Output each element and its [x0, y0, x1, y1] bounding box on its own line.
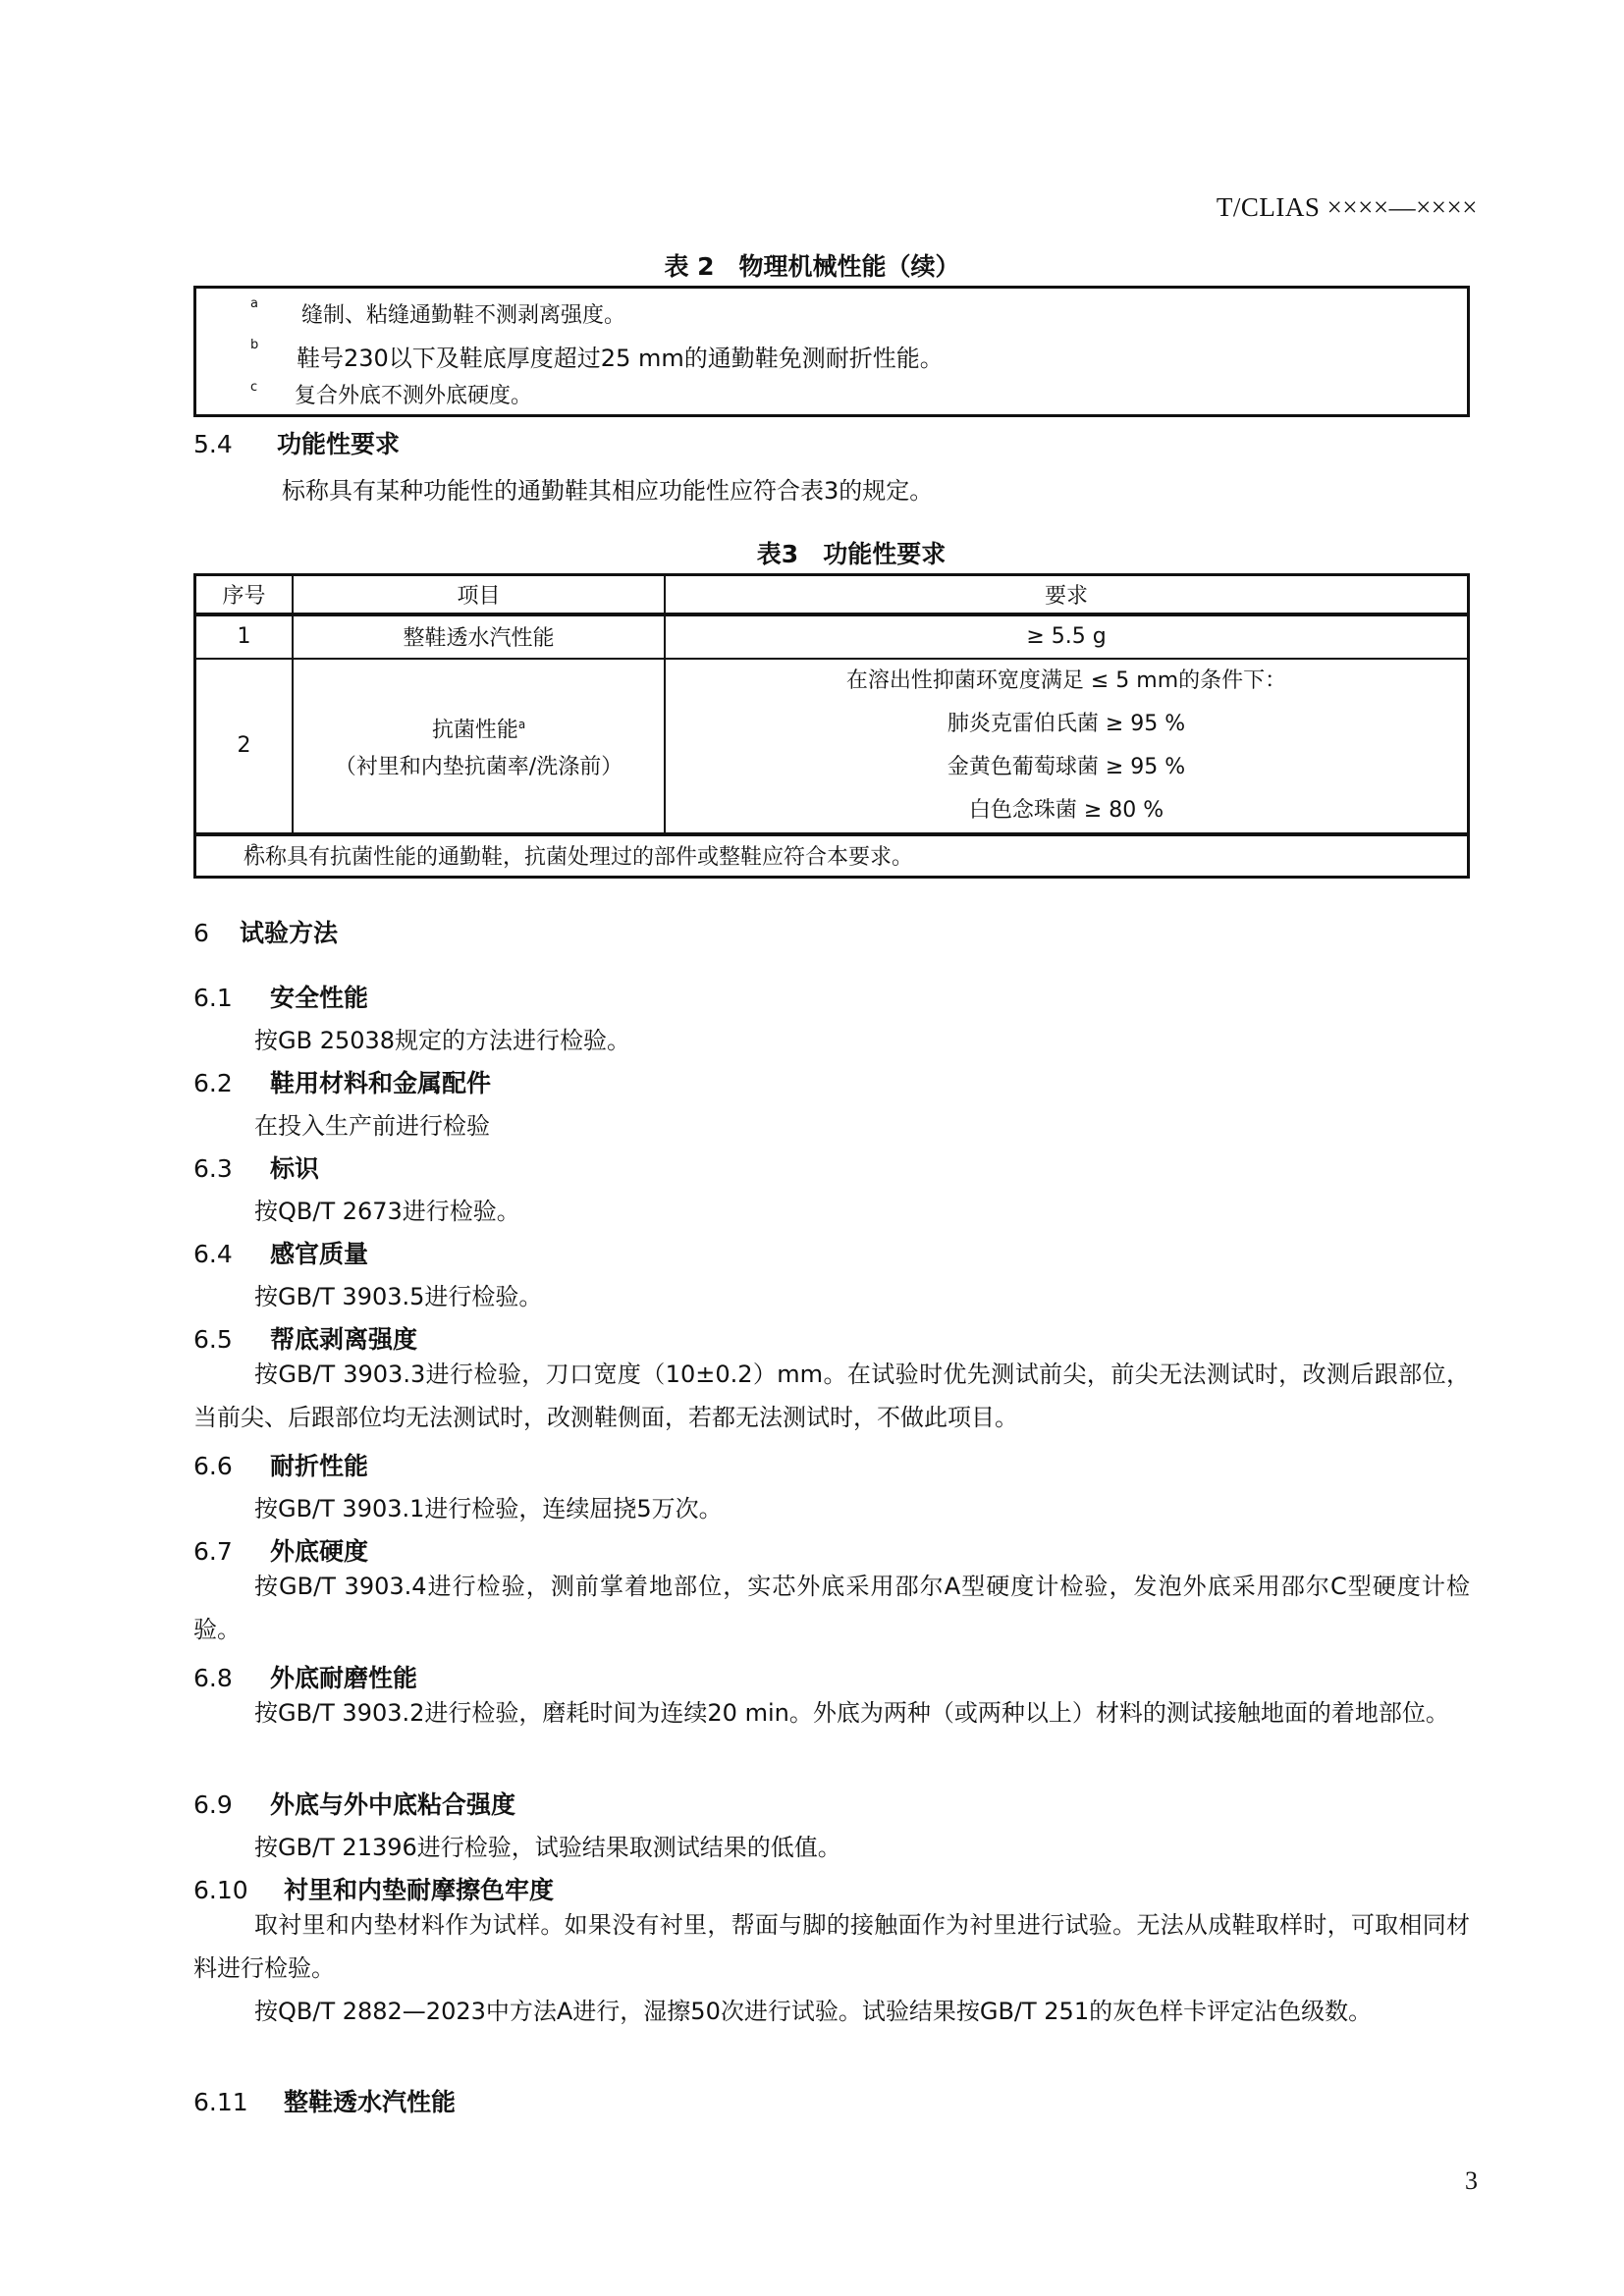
- section-6-8-heading: 6.8外底耐磨性能: [193, 1659, 417, 1694]
- section-6-2-body: 在投入生产前进行检验: [254, 1106, 490, 1141]
- section-6-6-heading: 6.6耐折性能: [193, 1447, 368, 1482]
- table-row: 1 整鞋透水汽性能 ≥ 5.5 g: [195, 614, 1469, 659]
- document-code: T/CLIAS ××××—××××: [1217, 192, 1478, 223]
- section-6-9-heading: 6.9外底与外中底粘合强度: [193, 1786, 515, 1821]
- table2-note-a: 缝制、粘缝通勤鞋不测剥离强度。: [301, 298, 625, 329]
- section-6-1-body: 按GB 25038规定的方法进行检验。: [254, 1021, 630, 1055]
- note-mark: c: [250, 380, 257, 395]
- section-6-9-body: 按GB/T 21396进行检验，试验结果取测试结果的低值。: [254, 1828, 841, 1862]
- table3-caption: 表3 功能性要求: [39, 535, 1624, 570]
- section-6-6-body: 按GB/T 3903.1进行检验，连续屈挠5万次。: [254, 1489, 723, 1523]
- table-row: 2 抗菌性能a （衬里和内垫抗菌率/洗涤前） 在溶出性抑菌环宽度满足 ≤ 5 m…: [195, 659, 1469, 834]
- section-6-5-body: 按GB/T 3903.3进行检验，刀口宽度（10±0.2）mm。在试验时优先测试…: [193, 1353, 1470, 1439]
- section-5-4-body: 标称具有某种功能性的通勤鞋其相应功能性应符合表3的规定。: [282, 471, 933, 506]
- section-6-10-body-2: 按QB/T 2882—2023中方法A进行，湿擦50次进行试验。试验结果按GB/…: [193, 1990, 1470, 2033]
- section-6-10-heading: 6.10衬里和内垫耐摩擦色牢度: [193, 1871, 554, 1906]
- section-6-7-body: 按GB/T 3903.4进行检验，测前掌着地部位，实芯外底采用邵尔A型硬度计检验…: [193, 1565, 1470, 1651]
- section-6-4-heading: 6.4感官质量: [193, 1235, 368, 1270]
- table3-header-row: 序号 项目 要求: [195, 575, 1469, 614]
- table3-footnote-row: a 标称具有抗菌性能的通勤鞋，抗菌处理过的部件或整鞋应符合本要求。: [195, 834, 1469, 878]
- section-6-3-heading: 6.3标识: [193, 1149, 319, 1185]
- header-no: 序号: [195, 575, 294, 614]
- header-item: 项目: [293, 575, 665, 614]
- note-mark: b: [250, 338, 258, 352]
- table2-note-c: 复合外底不测外底硬度。: [295, 379, 532, 409]
- section-6-7-heading: 6.7外底硬度: [193, 1532, 368, 1568]
- table2-note-b: 鞋号230以下及鞋底厚度超过25 mm的通勤鞋免测耐折性能。: [297, 339, 944, 373]
- section-5-4-heading: 5.4功能性要求: [193, 425, 400, 460]
- section-6-1-heading: 6.1安全性能: [193, 979, 368, 1014]
- section-6-5-heading: 6.5帮底剥离强度: [193, 1320, 417, 1356]
- table3: 序号 项目 要求 1 整鞋透水汽性能 ≥ 5.5 g 2 抗菌性能a （衬里和内…: [193, 573, 1470, 879]
- table2-caption: 表 2 物理机械性能（续）: [0, 247, 1624, 283]
- section-6-10-body-1: 取衬里和内垫材料作为试样。如果没有衬里，帮面与脚的接触面作为衬里进行试验。无法从…: [193, 1903, 1470, 1990]
- page-number: 3: [1465, 2166, 1478, 2196]
- table2-notes-box: a 缝制、粘缝通勤鞋不测剥离强度。 b 鞋号230以下及鞋底厚度超过25 mm的…: [193, 286, 1470, 417]
- header-requirement: 要求: [665, 575, 1469, 614]
- section-6-8-body: 按GB/T 3903.2进行检验，磨耗时间为连续20 min。外底为两种（或两种…: [193, 1691, 1470, 1735]
- section-6-4-body: 按GB/T 3903.5进行检验。: [254, 1277, 542, 1311]
- note-mark: a: [250, 296, 258, 311]
- section-6-2-heading: 6.2鞋用材料和金属配件: [193, 1064, 491, 1099]
- section-6-3-body: 按QB/T 2673进行检验。: [254, 1192, 520, 1226]
- section-6-11-heading: 6.11整鞋透水汽性能: [193, 2083, 456, 2118]
- section-6-heading: 6试验方法: [193, 914, 338, 949]
